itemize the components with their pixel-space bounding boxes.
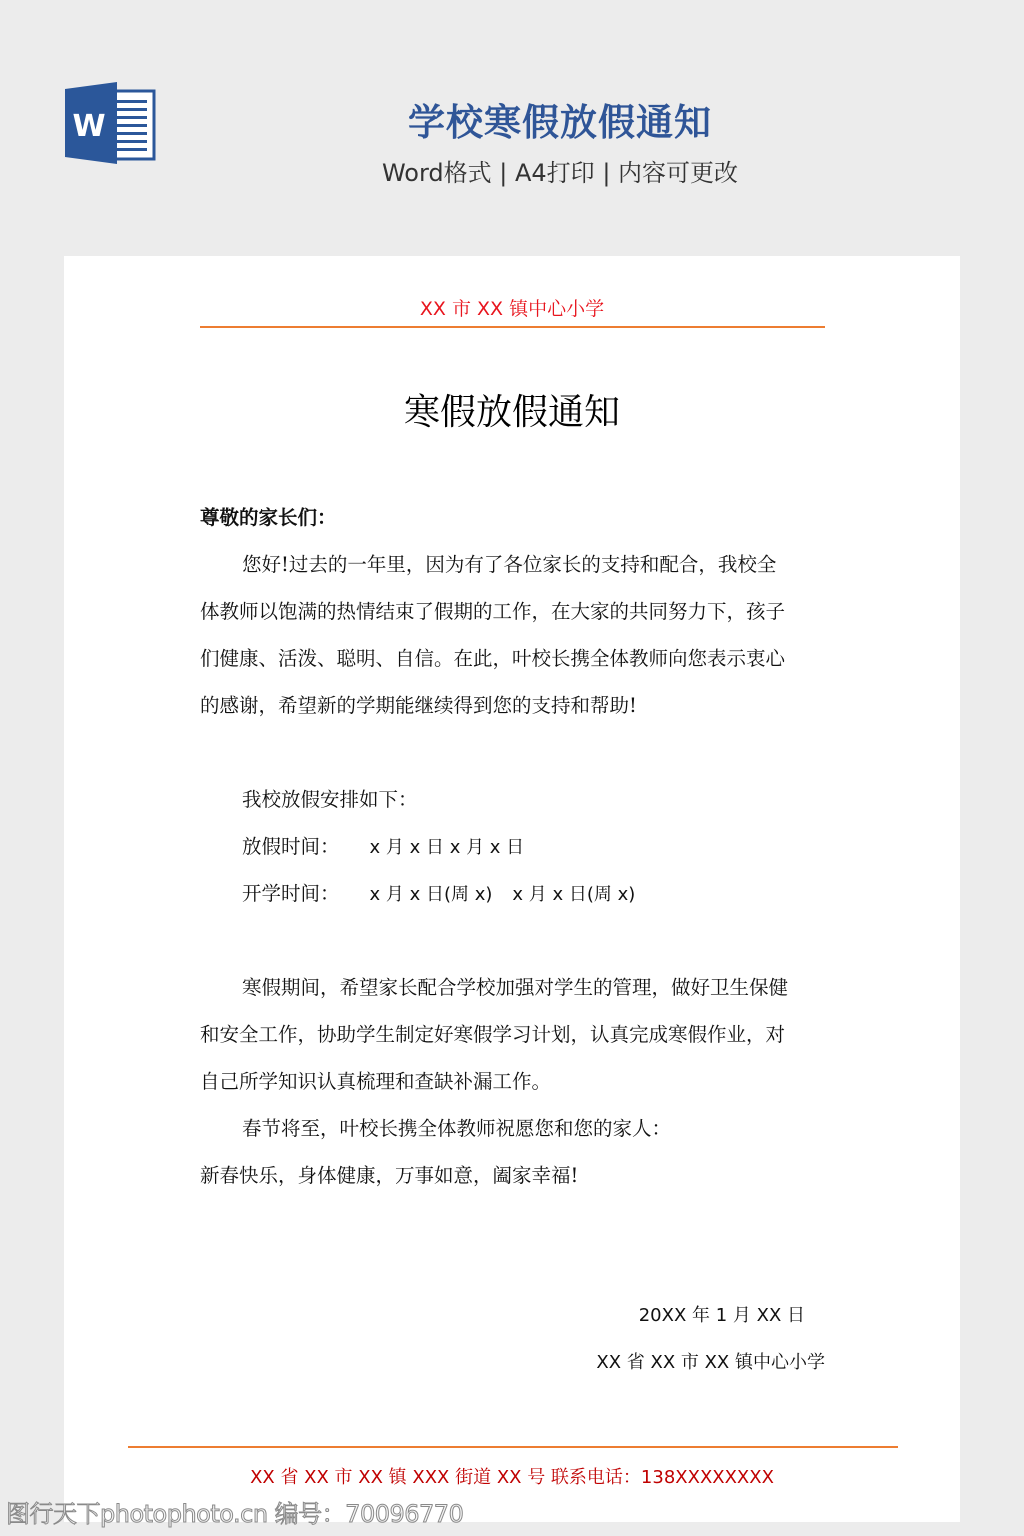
paragraph1-line: 的感谢，希望新的学期能继续得到您的支持和帮助! xyxy=(200,690,637,718)
org-header: XX 市 XX 镇中心小学 xyxy=(64,294,960,321)
holiday-time-label: 放假时间： xyxy=(242,835,340,858)
watermark: 图行天下photophoto.cn 编号：70096770 xyxy=(6,1494,463,1529)
document-date: 20XX 年 1 月 XX 日 xyxy=(639,1301,805,1327)
word-document-icon: W xyxy=(65,82,157,164)
signature: XX 省 XX 市 XX 镇中心小学 xyxy=(596,1348,825,1374)
footer-contact: XX 省 XX 市 XX 镇 XXX 街道 XX 号 联系电话：138XXXXX… xyxy=(64,1463,960,1489)
banner-subtitle: Word格式 | A4打印 | 内容可更改 xyxy=(300,153,820,188)
document-title: 寒假放假通知 xyxy=(64,384,960,435)
header-divider xyxy=(200,326,825,328)
paragraph1-line: 您好!过去的一年里，因为有了各位家长的支持和配合，我校全 xyxy=(242,549,776,577)
paragraph2-line: 寒假期间，希望家长配合学校加强对学生的管理，做好卫生保健 xyxy=(242,972,788,1000)
school-start-row: 开学时间：x 月 x 日(周 x)x 月 x 日(周 x) xyxy=(242,878,635,906)
school-start-value-1: x 月 x 日(周 x) xyxy=(370,884,493,905)
wishes: 新春快乐，身体健康，万事如意，阖家幸福! xyxy=(200,1160,578,1188)
footer-divider xyxy=(128,1446,898,1448)
paragraph3: 春节将至，叶校长携全体教师祝愿您和您的家人： xyxy=(242,1113,671,1141)
schedule-intro: 我校放假安排如下： xyxy=(242,784,418,812)
paragraph2-line: 自己所学知识认真梳理和查缺补漏工作。 xyxy=(200,1066,551,1094)
paragraph1-line: 体教师以饱满的热情结束了假期的工作，在大家的共同努力下，孩子 xyxy=(200,596,785,624)
banner-title: 学校寒假放假通知 xyxy=(300,92,820,146)
greeting: 尊敬的家长们： xyxy=(200,502,337,530)
paragraph2-line: 和安全工作，协助学生制定好寒假学习计划，认真完成寒假作业，对 xyxy=(200,1019,785,1047)
school-start-value-2: x 月 x 日(周 x) xyxy=(512,884,635,905)
holiday-time-value: x 月 x 日 x 月 x 日 xyxy=(370,837,525,858)
school-start-label: 开学时间： xyxy=(242,882,340,905)
paragraph1-line: 们健康、活泼、聪明、自信。在此，叶校长携全体教师向您表示衷心 xyxy=(200,643,785,671)
holiday-time-row: 放假时间：x 月 x 日 x 月 x 日 xyxy=(242,831,524,859)
document-page: XX 市 XX 镇中心小学 寒假放假通知 尊敬的家长们： 您好!过去的一年里，因… xyxy=(64,256,960,1522)
svg-text:W: W xyxy=(72,109,105,144)
